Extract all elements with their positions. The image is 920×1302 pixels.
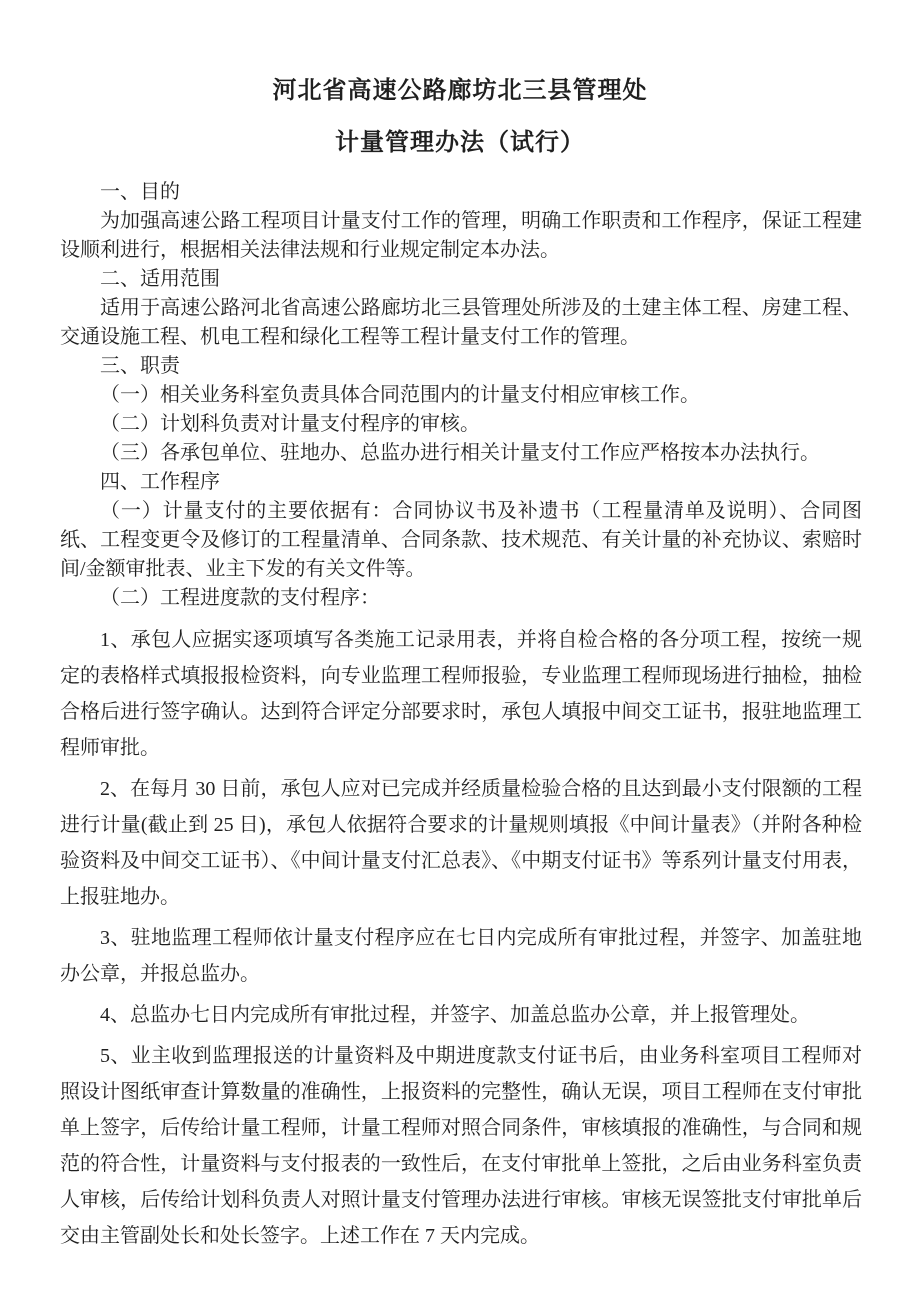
- document-body: 一、目的 为加强高速公路工程项目计量支付工作的管理，明确工作职责和工作程序，保证…: [60, 178, 862, 1254]
- section-heading-scope: 二、适用范围: [60, 265, 862, 294]
- paragraph-duty-1: （一）相关业务科室负责具体合同范围内的计量支付相应审核工作。: [60, 381, 862, 410]
- paragraph-payment-procedure-intro: （二）工程进度款的支付程序：: [60, 584, 862, 613]
- paragraph-purpose-body: 为加强高速公路工程项目计量支付工作的管理，明确工作职责和工作程序，保证工程建设顺…: [60, 207, 862, 265]
- paragraph-step-4: 4、总监办七日内完成所有审批过程，并签字、加盖总监办公章，并上报管理处。: [60, 997, 862, 1033]
- paragraph-scope-body: 适用于高速公路河北省高速公路廊坊北三县管理处所涉及的土建主体工程、房建工程、交通…: [60, 294, 862, 352]
- section-heading-duties: 三、职责: [60, 352, 862, 381]
- paragraph-step-2: 2、在每月 30 日前，承包人应对已完成并经质量检验合格的且达到最小支付限额的工…: [60, 771, 862, 915]
- paragraph-duty-3: （三）各承包单位、驻地办、总监办进行相关计量支付工作应严格按本办法执行。: [60, 439, 862, 468]
- paragraph-step-1: 1、承包人应据实逐项填写各类施工记录用表，并将自检合格的各分项工程，按统一规定的…: [60, 622, 862, 766]
- paragraph-step-5: 5、业主收到监理报送的计量资料及中期进度款支付证书后，由业务科室项目工程师对照设…: [60, 1038, 862, 1254]
- document-subtitle: 计量管理办法（试行）: [0, 106, 920, 158]
- document-title: 河北省高速公路廊坊北三县管理处: [0, 0, 920, 106]
- paragraph-step-3: 3、驻地监理工程师依计量支付程序应在七日内完成所有审批过程，并签字、加盖驻地办公…: [60, 920, 862, 992]
- document-page: 河北省高速公路廊坊北三县管理处 计量管理办法（试行） 一、目的 为加强高速公路工…: [0, 0, 920, 1302]
- section-heading-purpose: 一、目的: [60, 178, 862, 207]
- paragraph-procedure-basis: （一）计量支付的主要依据有：合同协议书及补遗书（工程量清单及说明）、合同图纸、工…: [60, 497, 862, 584]
- paragraph-duty-2: （二）计划科负责对计量支付程序的审核。: [60, 410, 862, 439]
- section-heading-procedure: 四、工作程序: [60, 468, 862, 497]
